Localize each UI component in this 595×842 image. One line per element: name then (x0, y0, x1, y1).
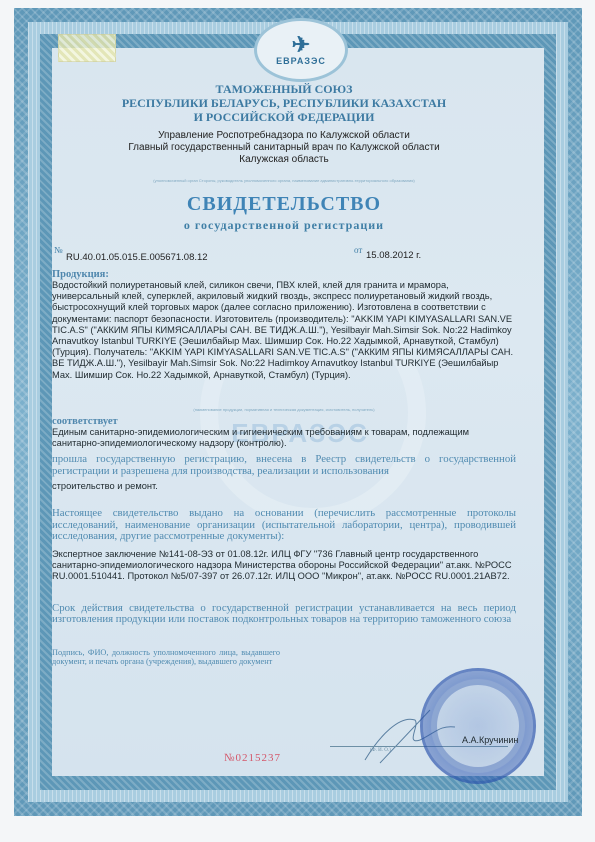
usage-area: строительство и ремонт. (52, 481, 516, 492)
issuer-header: ТАМОЖЕННЫЙ СОЮЗ РЕСПУБЛИКИ БЕЛАРУСЬ, РЕС… (52, 82, 516, 166)
document-subtitle: о государственной регистрации (52, 218, 516, 233)
number-label: № (54, 245, 63, 255)
validity-statement: Срок действия свидетельства о государств… (52, 603, 516, 626)
authority-caption: (уполномоченный орган Стороны, руководит… (52, 178, 516, 183)
official-stamp (420, 668, 536, 784)
serial-number: №0215237 (224, 752, 281, 764)
logo-text: ЕВРАЗЭС (276, 56, 326, 66)
republics-line: РЕСПУБЛИКИ БЕЛАРУСЬ, РЕСПУБЛИКИ КАЗАХСТА… (52, 96, 516, 110)
eurasec-logo: ✈ ЕВРАЗЭС (254, 18, 348, 82)
date-label: от (354, 245, 362, 255)
registration-statement: прошла государственную регистрацию, внес… (52, 454, 516, 477)
russian-federation-line: И РОССИЙСКОЙ ФЕДЕРАЦИИ (52, 110, 516, 124)
region: Калужская область (52, 154, 516, 166)
document-title: СВИДЕТЕЛЬСТВО (52, 193, 516, 216)
chief-doctor: Главный государственный санитарный врач … (52, 142, 516, 154)
registration-row: № RU.40.01.05.015.Е.005671.08.12 от 15.0… (52, 245, 516, 267)
basis-statement: Настоящее свидетельство выдано на основа… (52, 508, 516, 543)
signer-name: А.А.Кручинин (462, 735, 518, 745)
certificate-content: ТАМОЖЕННЫЙ СОЮЗ РЕСПУБЛИКИ БЕЛАРУСЬ, РЕС… (52, 82, 516, 666)
product-label: Продукция: (52, 269, 516, 280)
signature-caption: Подпись, ФИО, должность уполномоченного … (52, 648, 280, 666)
conformity-label: соответствует (52, 416, 516, 427)
product-caption: (наименование продукции, нормативная и т… (52, 407, 516, 412)
basis-documents: Экспертное заключение №141-08-ЭЗ от 01.0… (52, 549, 516, 583)
authority-name: Управление Роспотребнадзора по Калужской… (52, 130, 516, 142)
eurasec-emblem-icon: ✈ (292, 34, 310, 56)
conformity-text: Единым санитарно-эпидемиологическим и ги… (52, 427, 516, 449)
product-description: Водостойкий полиуретановый клей, силикон… (52, 280, 516, 381)
registration-number: RU.40.01.05.015.Е.005671.08.12 (66, 252, 208, 263)
customs-union-title: ТАМОЖЕННЫЙ СОЮЗ (52, 82, 516, 96)
fio-caption: (Ф. И. О.) (370, 748, 391, 753)
hologram-strip (58, 34, 116, 62)
registration-date: 15.08.2012 г. (366, 250, 421, 261)
